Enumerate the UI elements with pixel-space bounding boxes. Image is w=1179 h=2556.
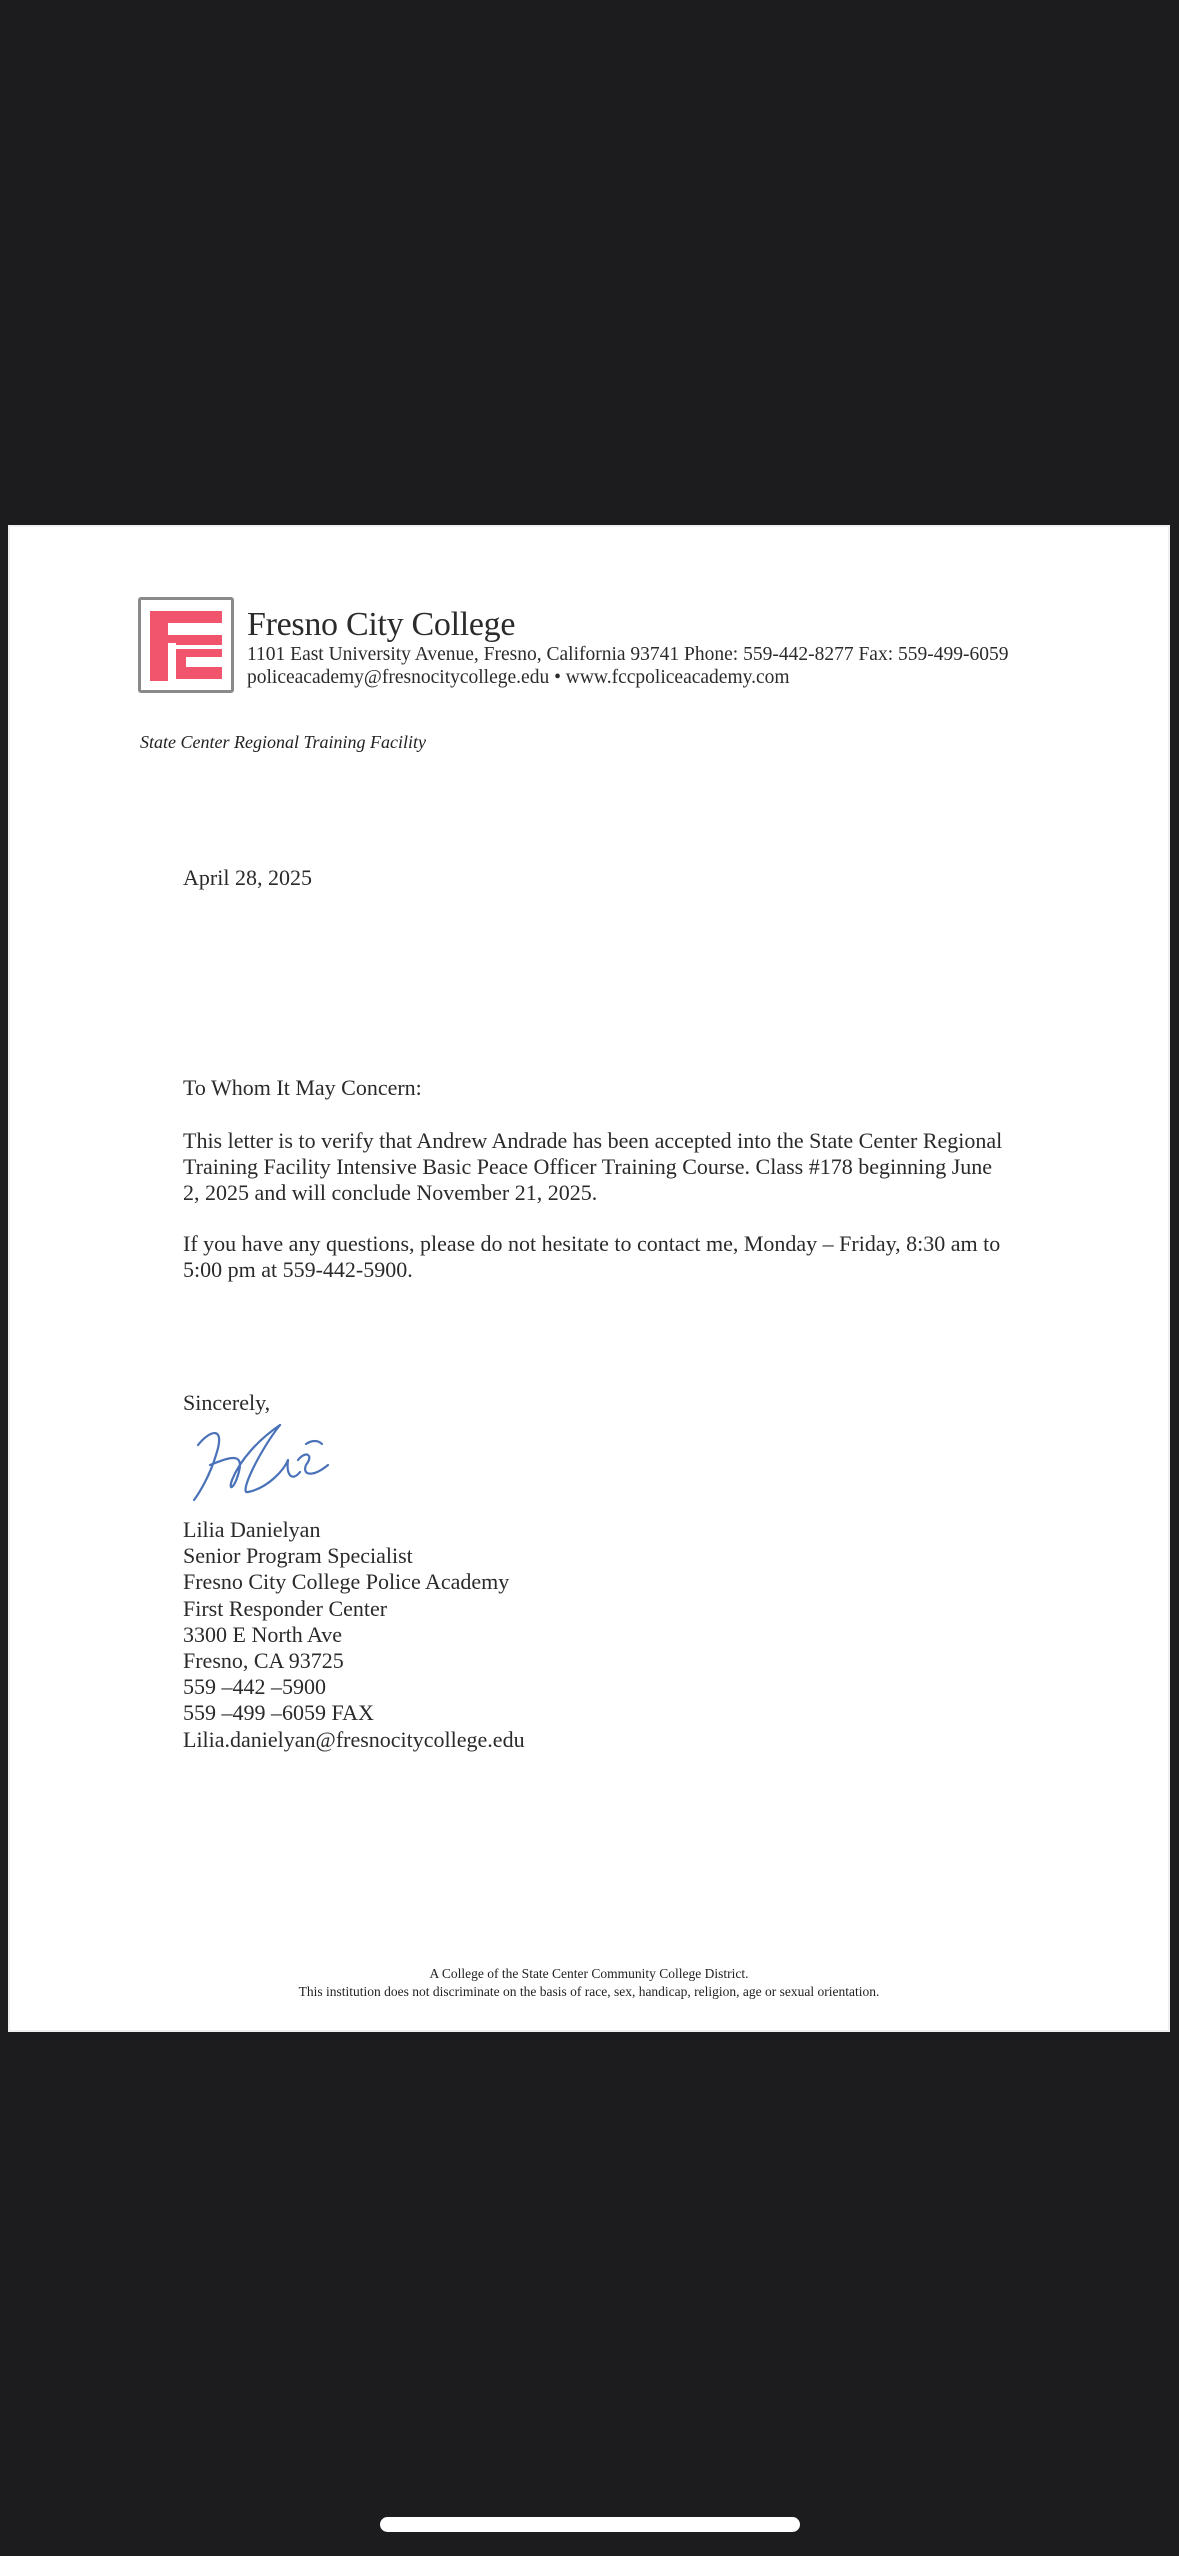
signer-name: Lilia Danielyan — [183, 1517, 1003, 1543]
paragraph-contact: If you have any questions, please do not… — [183, 1231, 1003, 1283]
signer-phone: 559 –442 –5900 — [183, 1674, 1003, 1700]
letter-footer: A College of the State Center Community … — [8, 1965, 1170, 2001]
document-page: Fresno City College 1101 East University… — [8, 525, 1170, 2032]
signer-city: Fresno, CA 93725 — [183, 1648, 1003, 1674]
letterhead: Fresno City College 1101 East University… — [138, 597, 1009, 693]
signer-title: Senior Program Specialist — [183, 1543, 1003, 1569]
salutation: To Whom It May Concern: — [183, 1075, 1003, 1101]
signer-street: 3300 E North Ave — [183, 1622, 1003, 1648]
footer-nondiscrimination: This institution does not discriminate o… — [8, 1983, 1170, 2001]
home-indicator[interactable] — [380, 2517, 800, 2532]
facility-name: State Center Regional Training Facility — [140, 732, 426, 753]
signer-organization: Fresno City College Police Academy — [183, 1569, 1003, 1595]
signer-email: Lilia.danielyan@fresnocitycollege.edu — [183, 1727, 1003, 1753]
college-contact: policeacademy@fresnocitycollege.edu • ww… — [247, 666, 1009, 689]
fcc-logo-icon — [138, 597, 234, 693]
footer-district: A College of the State Center Community … — [8, 1965, 1170, 1983]
signature-block: Lilia Danielyan Senior Program Specialis… — [183, 1517, 1003, 1753]
letter-date: April 28, 2025 — [183, 865, 1003, 891]
college-address: 1101 East University Avenue, Fresno, Cal… — [247, 643, 1009, 666]
paragraph-acceptance: This letter is to verify that Andrew And… — [183, 1128, 1003, 1206]
closing: Sincerely, — [183, 1390, 1003, 1416]
signer-fax: 559 –499 –6059 FAX — [183, 1700, 1003, 1726]
college-name: Fresno City College — [247, 607, 1009, 643]
signer-department: First Responder Center — [183, 1596, 1003, 1622]
signature-icon — [188, 1420, 338, 1505]
